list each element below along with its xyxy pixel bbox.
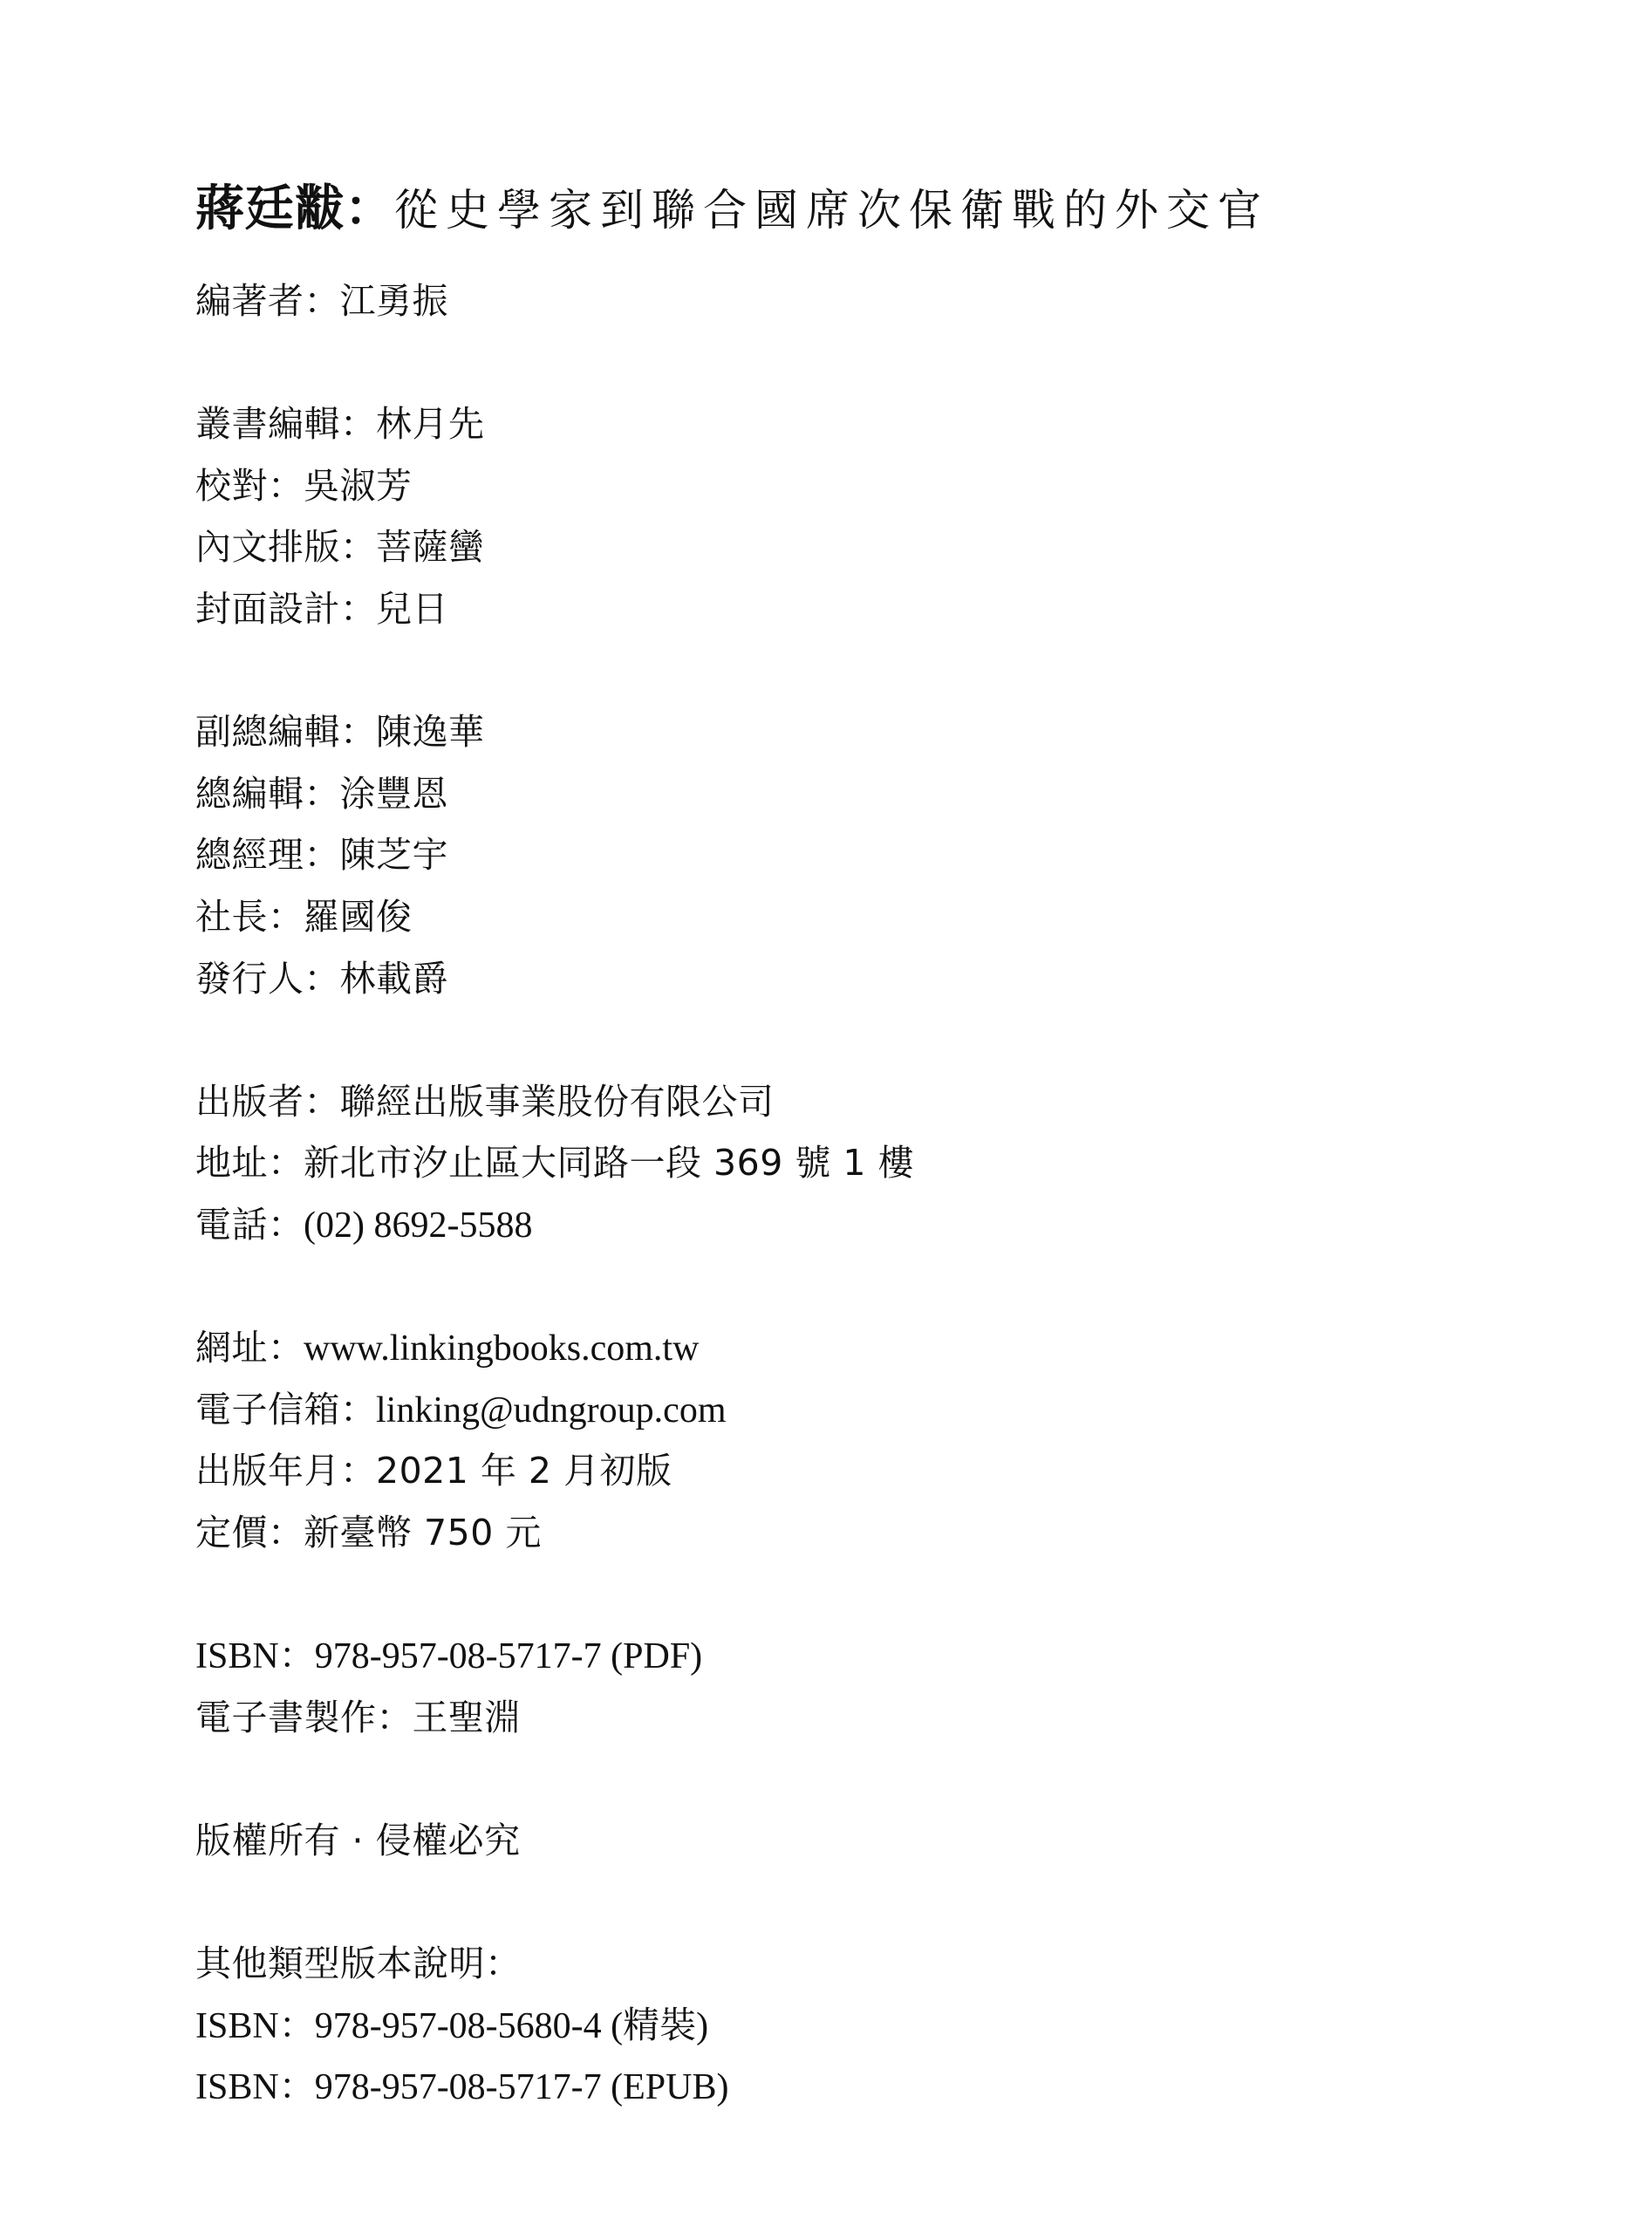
ebook-producer: 電子書製作：王聖淵 [195, 1687, 1504, 1749]
price-label: 定價 [195, 1512, 268, 1554]
publication-date-value: 2021 年 2 月初版 [376, 1450, 672, 1492]
credit-value: 林載爵 [340, 958, 449, 1000]
ebook-producer-value: 王聖淵 [413, 1697, 522, 1738]
colon: ： [340, 526, 376, 568]
colon: ： [340, 711, 376, 753]
credit-label: 叢書編輯 [195, 403, 340, 445]
credit-label: 編著者 [195, 280, 304, 322]
credit-label: 總編輯 [195, 773, 304, 815]
other-editions-heading-text: 其他類型版本說明： [195, 1943, 522, 1984]
isbn-value: 978-957-08-5717-7 (PDF) [315, 1636, 702, 1676]
isbn-hardcover: ISBN：978-957-08-5680-4 (精裝) [195, 1995, 1504, 2057]
credit-president: 社長：羅國俊 [195, 886, 1504, 948]
colon: ： [340, 1389, 376, 1431]
phone-value: (02) 8692-5588 [304, 1205, 532, 1246]
credit-label: 內文排版 [195, 526, 340, 568]
credit-author: 編著者：江勇振 [195, 270, 1504, 332]
credit-value: 吳淑芳 [304, 465, 413, 507]
contact-email: 電子信箱：linking@udngroup.com [195, 1379, 1504, 1441]
isbn-label: ISBN [195, 2067, 279, 2107]
publication-date-label: 出版年月 [195, 1450, 340, 1492]
colon: ： [279, 1635, 315, 1676]
price: 定價：新臺幣 750 元 [195, 1502, 1504, 1564]
isbn-value: 978-957-08-5680-4 (精裝) [315, 2006, 708, 2046]
credit-value: 林月先 [376, 403, 485, 445]
credit-value: 羅國俊 [304, 896, 413, 938]
colon: ： [304, 958, 340, 1000]
publication-date: 出版年月：2021 年 2 月初版 [195, 1440, 1504, 1502]
email-value: linking@udngroup.com [376, 1390, 726, 1431]
copyright-page: 蔣廷黻：從史學家到聯合國席次保衛戰的外交官 編著者：江勇振 叢書編輯：林月先 校… [0, 0, 1652, 2233]
copyright-text: 版權所有 · 侵權必究 [195, 1820, 521, 1861]
credit-label: 封面設計 [195, 588, 340, 630]
publisher-name: 出版者：聯經出版事業股份有限公司 [195, 1071, 1504, 1133]
credit-label: 總經理 [195, 834, 304, 876]
isbn-epub: ISBN：978-957-08-5717-7 (EPUB) [195, 2056, 1504, 2118]
book-subtitle: 從史學家到聯合國席次保衛戰的外交官 [394, 185, 1269, 236]
credit-value: 陳逸華 [376, 711, 485, 753]
credit-value: 菩薩蠻 [376, 526, 485, 568]
colon: ： [377, 1697, 413, 1738]
colon: ： [268, 1512, 304, 1554]
publisher-value: 聯經出版事業股份有限公司 [340, 1081, 775, 1123]
isbn-label: ISBN [195, 2006, 279, 2046]
credit-label: 社長 [195, 896, 268, 938]
credit-label: 發行人 [195, 958, 304, 1000]
colon: ： [304, 773, 340, 815]
spacer [195, 640, 1504, 702]
website-value: www.linkingbooks.com.tw [304, 1328, 699, 1369]
credit-general-manager: 總經理：陳芝宇 [195, 824, 1504, 886]
spacer [195, 1871, 1504, 1933]
colon: ： [279, 2066, 315, 2107]
publisher-label: 出版者 [195, 1081, 304, 1123]
spacer [195, 1748, 1504, 1810]
credit-value: 兒日 [376, 588, 448, 630]
colon: ： [268, 1142, 304, 1184]
address-value: 新北市汐止區大同路一段 369 號 1 樓 [304, 1142, 914, 1184]
credit-editor-in-chief: 總編輯：涂豐恩 [195, 763, 1504, 825]
credit-series-editor: 叢書編輯：林月先 [195, 393, 1504, 455]
credit-typesetting: 內文排版：菩薩蠻 [195, 516, 1504, 578]
copyright-notice: 版權所有 · 侵權必究 [195, 1810, 1504, 1872]
colon: ： [340, 403, 376, 445]
book-title: 蔣廷黻：從史學家到聯合國席次保衛戰的外交官 [195, 174, 1269, 244]
spacer [195, 332, 1504, 394]
isbn-value: 978-957-08-5717-7 (EPUB) [315, 2067, 729, 2107]
address-label: 地址 [195, 1142, 268, 1184]
credit-value: 陳芝宇 [340, 834, 449, 876]
credit-proofreader: 校對：吳淑芳 [195, 455, 1504, 517]
contact-website: 網址：www.linkingbooks.com.tw [195, 1317, 1504, 1379]
spacer [195, 1256, 1504, 1318]
ebook-producer-label: 電子書製作 [195, 1697, 377, 1738]
credit-deputy-editor-in-chief: 副總編輯：陳逸華 [195, 701, 1504, 763]
spacer [195, 1009, 1504, 1071]
credit-label: 校對 [195, 465, 268, 507]
isbn-pdf: ISBN：978-957-08-5717-7 (PDF) [195, 1625, 1504, 1687]
colon: ： [268, 465, 304, 507]
colon: ： [304, 834, 340, 876]
credit-value: 涂豐恩 [340, 773, 449, 815]
colon: ： [268, 1327, 304, 1369]
colon: ： [304, 1081, 340, 1123]
book-title-main: 蔣廷黻： [195, 181, 394, 237]
colon: ： [268, 896, 304, 938]
website-label: 網址 [195, 1327, 268, 1369]
colon: ： [340, 1450, 376, 1492]
phone-label: 電話 [195, 1204, 268, 1246]
other-editions-heading: 其他類型版本說明： [195, 1933, 1504, 1995]
email-label: 電子信箱 [195, 1389, 340, 1431]
colon: ： [268, 1204, 304, 1246]
colon: ： [340, 588, 376, 630]
credit-publisher-person: 發行人：林載爵 [195, 948, 1504, 1010]
colon: ： [279, 2004, 315, 2046]
isbn-label: ISBN [195, 1636, 279, 1676]
colophon: 編著者：江勇振 叢書編輯：林月先 校對：吳淑芳 內文排版：菩薩蠻 封面設計：兒日… [195, 270, 1504, 2118]
publisher-phone: 電話：(02) 8692-5588 [195, 1194, 1504, 1256]
spacer [195, 1563, 1504, 1625]
credit-label: 副總編輯 [195, 711, 340, 753]
credit-value: 江勇振 [340, 280, 449, 322]
price-value: 新臺幣 750 元 [304, 1512, 542, 1554]
publisher-address: 地址：新北市汐止區大同路一段 369 號 1 樓 [195, 1132, 1504, 1194]
credit-cover-design: 封面設計：兒日 [195, 578, 1504, 640]
colon: ： [304, 280, 340, 322]
